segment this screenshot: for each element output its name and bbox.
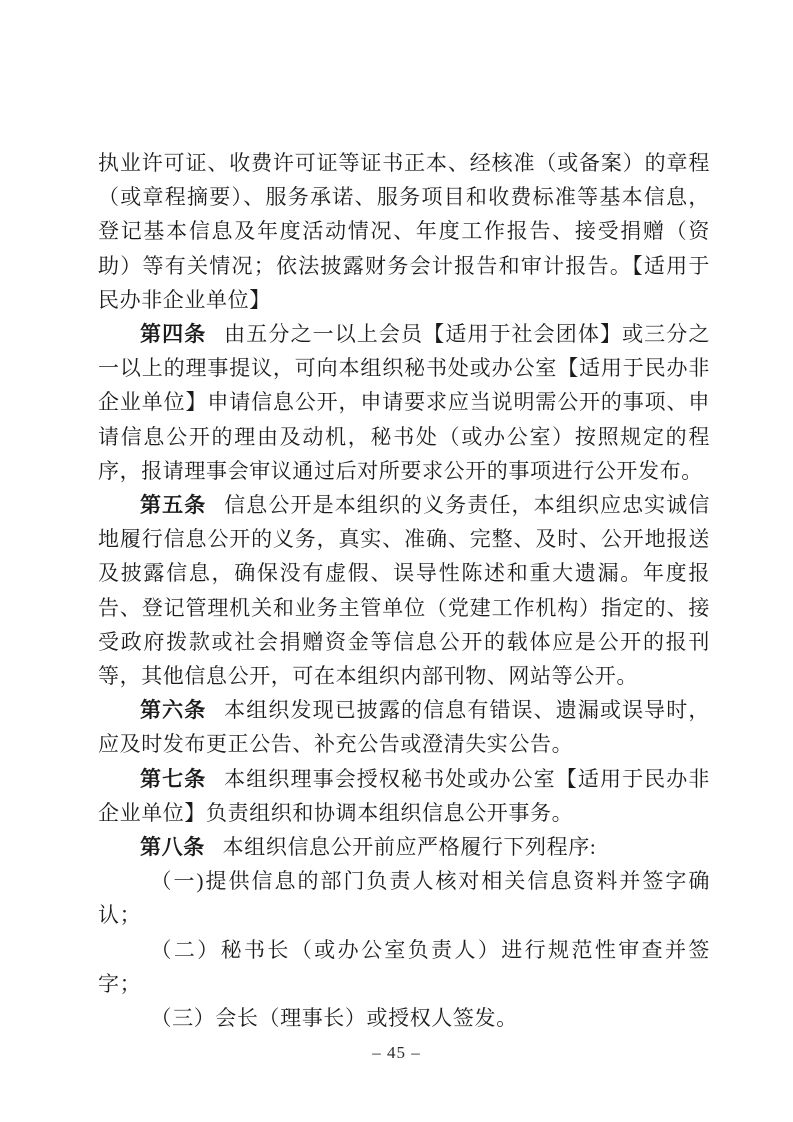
paragraph: 第六条本组织发现已披露的信息有错误、遗漏或误导时，应及时发布更正公告、补充公告或… — [98, 693, 710, 761]
document-page: 执业许可证、收费许可证等证书正本、经核准（或备案）的章程（或章程摘要）、服务承诺… — [0, 0, 793, 1122]
article-number-label: 第五条 — [140, 493, 206, 517]
page-footer: – 45 – — [0, 1042, 793, 1064]
paragraph: （三）会长（理事长）或授权人签发。 — [98, 1001, 710, 1035]
paragraph-text: 信息公开是本组织的义务责任，本组织应忠实诚信地履行信息公开的义务，真实、准确、完… — [98, 493, 710, 688]
article-number-label: 第七条 — [140, 767, 206, 791]
paragraph: （一)提供信息的部门负责人核对相关信息资料并签字确认； — [98, 864, 710, 932]
paragraph-text: 执业许可证、收费许可证等证书正本、经核准（或备案）的章程（或章程摘要）、服务承诺… — [98, 151, 710, 312]
page-number: – 45 – — [372, 1043, 421, 1062]
paragraph: 第八条本组织信息公开前应严格履行下列程序: — [98, 830, 710, 864]
paragraph: 第七条本组织理事会授权秘书处或办公室【适用于民办非企业单位】负责组织和协调本组织… — [98, 762, 710, 830]
article-number-label: 第四条 — [140, 322, 206, 346]
paragraph: 第五条信息公开是本组织的义务责任，本组织应忠实诚信地履行信息公开的义务，真实、准… — [98, 488, 710, 693]
page-body-text: 执业许可证、收费许可证等证书正本、经核准（或备案）的章程（或章程摘要）、服务承诺… — [98, 146, 710, 1035]
paragraph: 第四条由五分之一以上会员【适用于社会团体】或三分之一以上的理事提议，可向本组织秘… — [98, 317, 710, 488]
paragraph-text: （二）秘书长（或办公室负责人）进行规范性审查并签字； — [98, 938, 710, 996]
paragraph: （二）秘书长（或办公室负责人）进行规范性审查并签字； — [98, 933, 710, 1001]
paragraph-text: 本组织信息公开前应严格履行下列程序: — [223, 835, 597, 859]
paragraph-text: 由五分之一以上会员【适用于社会团体】或三分之一以上的理事提议，可向本组织秘书处或… — [98, 322, 710, 483]
paragraph-text: （一)提供信息的部门负责人核对相关信息资料并签字确认； — [98, 869, 710, 927]
paragraph-text: （三）会长（理事长）或授权人签发。 — [151, 1006, 518, 1030]
article-number-label: 第六条 — [140, 698, 206, 722]
paragraph: 执业许可证、收费许可证等证书正本、经核准（或备案）的章程（或章程摘要）、服务承诺… — [98, 146, 710, 317]
article-number-label: 第八条 — [140, 835, 205, 859]
